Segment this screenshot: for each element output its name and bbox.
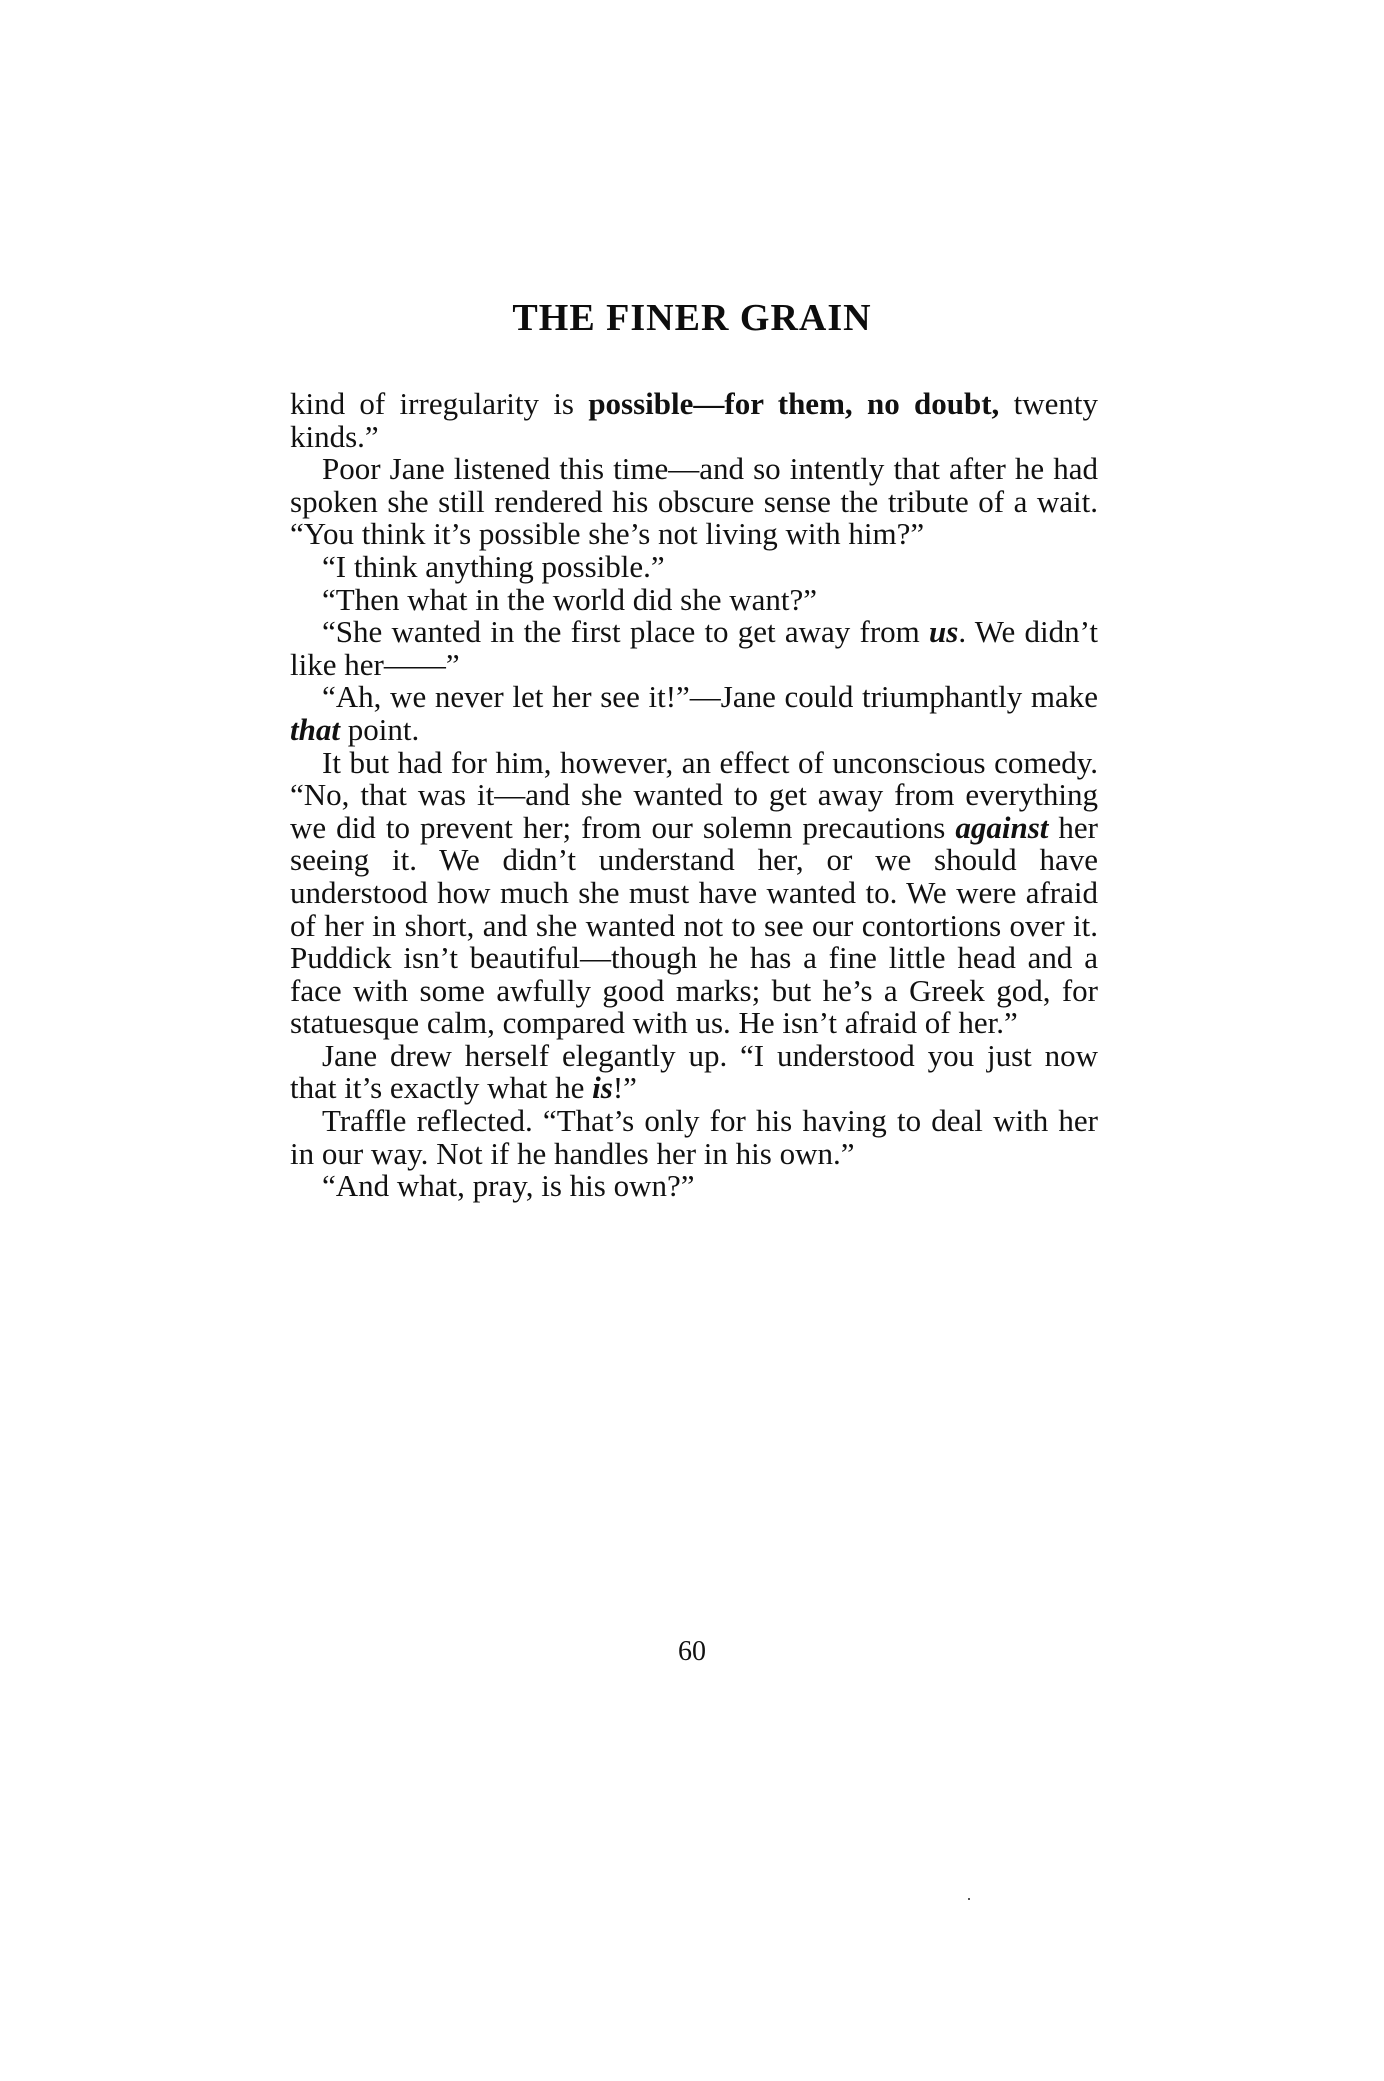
paragraph: Jane drew herself elegantly up. “I under… — [290, 1040, 1098, 1105]
text-run: “Ah, we never let her see it!”—Jane coul… — [322, 679, 1098, 714]
text-run: Poor Jane listened this time—and so inte… — [290, 451, 1098, 551]
paragraph: “And what, pray, is his own?” — [290, 1170, 1098, 1203]
body-text: kind of irregularity is possible—for the… — [290, 388, 1098, 1203]
paragraph: kind of irregularity is possible—for the… — [290, 388, 1098, 453]
text-run: “Then what in the world did she want?” — [322, 582, 817, 617]
paragraph: “I think anything possible.” — [290, 551, 1098, 584]
text-run: her seeing it. We didn’t understand her,… — [290, 810, 1098, 1041]
text-run: point. — [340, 712, 419, 747]
paragraph: “Ah, we never let her see it!”—Jane coul… — [290, 681, 1098, 746]
text-run-italic: is — [592, 1070, 613, 1105]
paragraph: “She wanted in the first place to get aw… — [290, 616, 1098, 681]
text-run: Jane drew herself elegantly up. “I under… — [290, 1038, 1098, 1106]
text-run-bold: possible—for them, no doubt, — [588, 386, 999, 421]
text-run-italic: that — [290, 712, 340, 747]
text-run-italic: us — [929, 614, 958, 649]
text-run: “I think anything possible.” — [322, 549, 665, 584]
paragraph: Poor Jane listened this time—and so inte… — [290, 453, 1098, 551]
text-run: kind of irregularity is — [290, 386, 588, 421]
running-head: THE FINER GRAIN — [0, 296, 1384, 340]
paragraph: Traffle reflected. “That’s only for his … — [290, 1105, 1098, 1170]
text-run: Traffle reflected. “That’s only for his … — [290, 1103, 1098, 1171]
page-number: 60 — [0, 1636, 1384, 1668]
text-run: “She wanted in the first place to get aw… — [322, 614, 929, 649]
paragraph: It but had for him, however, an effect o… — [290, 747, 1098, 1040]
text-run-italic: against — [955, 810, 1048, 845]
text-run: !” — [613, 1070, 637, 1105]
paragraph: “Then what in the world did she want?” — [290, 584, 1098, 617]
scan-speck — [968, 1898, 970, 1900]
text-run: “And what, pray, is his own?” — [322, 1168, 694, 1203]
